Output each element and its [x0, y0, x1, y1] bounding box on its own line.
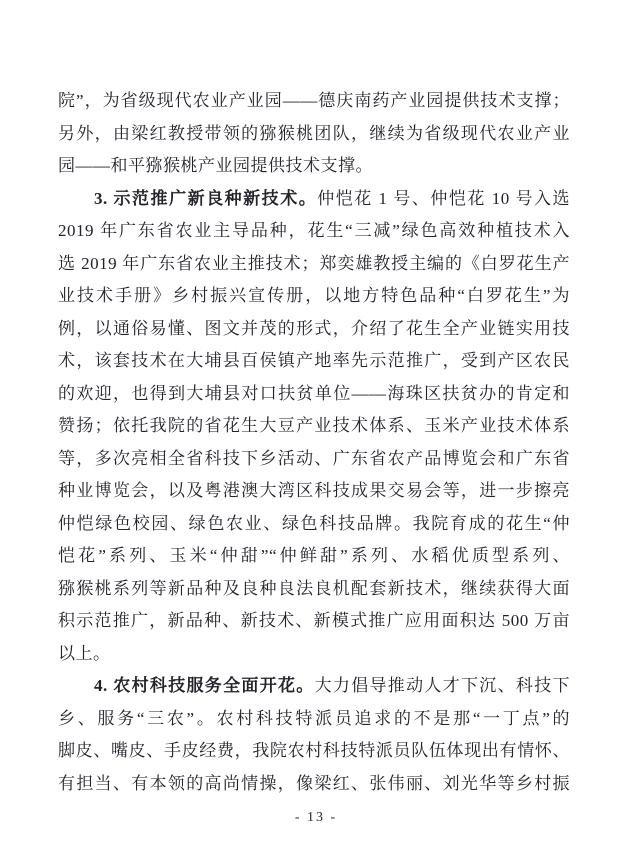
text-run: 大力倡导推动人才下沉、科技下 — [315, 676, 570, 695]
text-run: 业技术手册》乡村振兴宣传册，以地方特色品种“白罗花生”为 — [58, 286, 570, 305]
heading-run: 3. 示范推广新良种新技术。 — [94, 189, 317, 208]
page-number: - 13 - — [0, 810, 632, 826]
text-run: 有担当、有本领的高尚情操，像梁红、张伟丽、刘光华等乡村振 — [58, 774, 570, 793]
text-run: 仲恺绿色校园、绿色农业、绿色科技品牌。我院育成的花生“仲 — [58, 514, 570, 533]
text-line: 积示范推广，新品种、新技术、新模式推广应用面积达 500 万亩 — [58, 605, 570, 638]
text-line: 仲恺绿色校园、绿色农业、绿色科技品牌。我院育成的花生“仲 — [58, 508, 570, 541]
text-run: 仲恺花 1 号、仲恺花 10 号入选 — [317, 189, 570, 208]
text-line: 有担当、有本领的高尚情操，像梁红、张伟丽、刘光华等乡村振 — [58, 768, 570, 801]
text-run: 乡、服务“三农”。农村科技特派员追求的不是那“一丁点”的 — [58, 709, 570, 728]
text-line: 猕猴桃系列等新品种及良种良法良机配套新技术，继续获得大面 — [58, 573, 570, 606]
text-run: 脚皮、嘴皮、手皮经费，我院农村科技特派员队伍体现出有情怀、 — [58, 741, 570, 760]
text-line: 恺花”系列、玉米“仲甜”“仲鲜甜”系列、水稻优质型系列、 — [58, 540, 570, 573]
text-line: 等，多次亮相全省科技下乡活动、广东省农产品博览会和广东省 — [58, 443, 570, 476]
text-line: 赞扬；依托我院的省花生大豆产业技术体系、玉米产业技术体系 — [58, 410, 570, 443]
text-line: 业技术手册》乡村振兴宣传册，以地方特色品种“白罗花生”为 — [58, 280, 570, 313]
text-run: 赞扬；依托我院的省花生大豆产业技术体系、玉米产业技术体系 — [58, 416, 570, 435]
document-body: 院”，为省级现代农业产业园——德庆南药产业园提供技术支撑；另外，由梁红教授带领的… — [58, 85, 570, 800]
text-line: 4. 农村科技服务全面开花。大力倡导推动人才下沉、科技下 — [58, 670, 570, 703]
text-run: 等，多次亮相全省科技下乡活动、广东省农产品博览会和广东省 — [58, 449, 570, 468]
text-line: 术，该套技术在大埔县百侯镇产地率先示范推广，受到产区农民 — [58, 345, 570, 378]
text-run: 2019 年广东省农业主导品种，花生“三减”绿色高效种植技术入 — [58, 221, 570, 240]
heading-run: 4. 农村科技服务全面开花。 — [94, 676, 315, 695]
document-page: 院”，为省级现代农业产业园——德庆南药产业园提供技术支撑；另外，由梁红教授带领的… — [0, 0, 632, 847]
text-line: 选 2019 年广东省农业主推技术；郑奕雄教授主编的《白罗花生产 — [58, 248, 570, 281]
text-line: 种业博览会，以及粤港澳大湾区科技成果交易会等，进一步擦亮 — [58, 475, 570, 508]
text-line: 园——和平猕猴桃产业园提供技术支撑。 — [58, 150, 570, 183]
text-run: 术，该套技术在大埔县百侯镇产地率先示范推广，受到产区农民 — [58, 351, 570, 370]
text-run: 恺花”系列、玉米“仲甜”“仲鲜甜”系列、水稻优质型系列、 — [58, 546, 570, 565]
text-line: 脚皮、嘴皮、手皮经费，我院农村科技特派员队伍体现出有情怀、 — [58, 735, 570, 768]
text-run: 以上。 — [58, 644, 111, 663]
text-line: 乡、服务“三农”。农村科技特派员追求的不是那“一丁点”的 — [58, 703, 570, 736]
text-line: 院”，为省级现代农业产业园——德庆南药产业园提供技术支撑； — [58, 85, 570, 118]
text-run: 另外，由梁红教授带领的猕猴桃团队，继续为省级现代农业产业 — [58, 124, 570, 143]
text-line: 例，以通俗易懂、图文并茂的形式，介绍了花生全产业链实用技 — [58, 313, 570, 346]
text-run: 的欢迎，也得到大埔县对口扶贫单位——海珠区扶贫办的肯定和 — [58, 384, 570, 403]
text-run: 选 2019 年广东省农业主推技术；郑奕雄教授主编的《白罗花生产 — [58, 254, 570, 273]
text-run: 种业博览会，以及粤港澳大湾区科技成果交易会等，进一步擦亮 — [58, 481, 570, 500]
text-run: 院”，为省级现代农业产业园——德庆南药产业园提供技术支撑； — [58, 91, 570, 110]
text-line: 的欢迎，也得到大埔县对口扶贫单位——海珠区扶贫办的肯定和 — [58, 378, 570, 411]
text-run: 猕猴桃系列等新品种及良种良法良机配套新技术，继续获得大面 — [58, 579, 570, 598]
text-run: 例，以通俗易懂、图文并茂的形式，介绍了花生全产业链实用技 — [58, 319, 570, 338]
text-line: 2019 年广东省农业主导品种，花生“三减”绿色高效种植技术入 — [58, 215, 570, 248]
text-line: 另外，由梁红教授带领的猕猴桃团队，继续为省级现代农业产业 — [58, 118, 570, 151]
text-run: 积示范推广，新品种、新技术、新模式推广应用面积达 500 万亩 — [58, 611, 570, 630]
text-run: 园——和平猕猴桃产业园提供技术支撑。 — [58, 156, 373, 175]
text-line: 3. 示范推广新良种新技术。仲恺花 1 号、仲恺花 10 号入选 — [58, 183, 570, 216]
text-line: 以上。 — [58, 638, 570, 671]
